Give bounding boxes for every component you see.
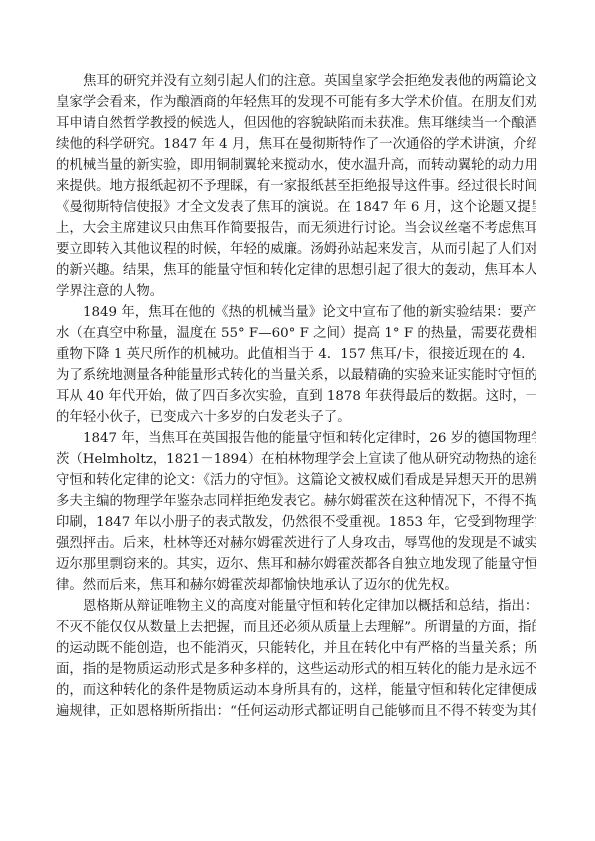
text-line: 皇家学会看来，作为酿酒商的年轻焦耳的发现不可能有多大学术价值。在朋友们劝告下，焦 bbox=[56, 92, 536, 113]
text-line: 的新兴趣。结果，焦耳的能量守恒和转化定律的思想引起了很大的轰动，焦耳本人才成为科 bbox=[56, 260, 536, 281]
document-page: 焦耳的研究并没有立刻引起人们的注意。英国皇家学会拒绝发表他的两篇论文。因为在 皇… bbox=[56, 71, 536, 722]
text-line: 耳申请自然哲学教授的候选人，但因他的容貌缺陷而未获准。焦耳继续当一个酿酒商，并继 bbox=[56, 113, 536, 134]
paragraph-joule-recognition: 焦耳的研究并没有立刻引起人们的注意。英国皇家学会拒绝发表他的两篇论文。因为在 皇… bbox=[56, 71, 536, 302]
text-line: 焦耳的研究并没有立刻引起人们的注意。英国皇家学会拒绝发表他的两篇论文。因为在 bbox=[56, 71, 536, 92]
text-line: 印刷，1847 年以小册子的表式散发，仍然很不受重视。1853 年，它受到物理学… bbox=[56, 512, 536, 533]
text-line: 遍规律，正如恩格斯所指出：“任何运动形式都证明自己能够而且不得不转变为其他任何运 bbox=[56, 701, 536, 722]
text-line: 1849 年，焦耳在他的《热的机械当量》论文中宣布了他的新实验结果：要产生能使 … bbox=[56, 302, 536, 323]
text-line: 多夫主编的物理学年鉴杂志同样拒绝发表它。赫尔姆霍茨在这种情况下，不得不掏腰包自费 bbox=[56, 491, 536, 512]
text-line: 耳从 40 年代开始，做了四百多次实验，直到 1878 年获得最后的数据。这时，… bbox=[56, 386, 536, 407]
paragraph-engels: 恩格斯从辩证唯物主义的高度对能量守恒和转化定律加以概括和总结，指出：“运动的 不… bbox=[56, 596, 536, 722]
text-line: 上，大会主席建议只由焦耳作简要报告，而无须进行讨论。当会议丝毫不考虑焦耳新思想而 bbox=[56, 218, 536, 239]
text-line: 面，指的是物质运动形式是多种多样的，这些运动形式的相互转化的能力是永远不会丧失 bbox=[56, 659, 536, 680]
text-line: 的年轻小伙子，已变成六十多岁的白发老头子了。 bbox=[56, 407, 536, 428]
text-line: 的运动既不能创造，也不能消灭，只能转化，并且在转化中有严格的当量关系；所谓质的方 bbox=[56, 638, 536, 659]
text-line: 水（在真空中称量，温度在 55° F—60° F 之间）提高 1° F 的热量，… bbox=[56, 323, 536, 344]
paragraph-helmholtz: 1847 年，当焦耳在英国报告他的能量守恒和转化定律时，26 岁的德国物理学家赫… bbox=[56, 428, 536, 596]
text-line: 续他的科学研究。1847 年 4 月，焦耳在曼彻斯特作了一次通俗的学术讲演，介绍… bbox=[56, 134, 536, 155]
text-line: 茨（Helmholtz，1821－1894）在柏林物理学会上宣读了他从研究动物热… bbox=[56, 449, 536, 470]
text-line: 律。然而后来，焦耳和赫尔姆霍茨却都愉快地承认了迈尔的优先权。 bbox=[56, 575, 536, 596]
text-line: 《曼彻斯特信使报》才全文发表了焦耳的演说。在 1847 年 6 月，这个论题又提… bbox=[56, 197, 536, 218]
paragraph-mechanical-equivalent: 1849 年，焦耳在他的《热的机械当量》论文中宣布了他的新实验结果：要产生能使 … bbox=[56, 302, 536, 428]
text-line: 恩格斯从辩证唯物主义的高度对能量守恒和转化定律加以概括和总结，指出：“运动的 bbox=[56, 596, 536, 617]
text-line: 的机械当量的新实验，即用铜制翼轮来搅动水，使水温升高，而转动翼轮的动力用砝码下落 bbox=[56, 155, 536, 176]
text-line: 学界注意的人物。 bbox=[56, 281, 536, 302]
text-line: 守恒和转化定律的论文：《活力的守恒》。这篇论文被权威们看成是异想天开的思辨，波根 bbox=[56, 470, 536, 491]
text-line: 来提供。地方报纸起初不予理睬，有一家报纸甚至拒绝报导这件事。经过很长时间的争论， bbox=[56, 176, 536, 197]
text-line: 为了系统地测量各种能量形式转化的当量关系，以最精确的实验来证实能时守恒的论断，焦 bbox=[56, 365, 536, 386]
text-line: 强烈抨击。后来，杜林等还对赫尔姆霍茨进行了人身攻击，辱骂他的发现是不诚实的，是从 bbox=[56, 533, 536, 554]
text-line: 1847 年，当焦耳在英国报告他的能量守恒和转化定律时，26 岁的德国物理学家赫… bbox=[56, 428, 536, 449]
text-line: 不灭不能仅仅从数量上去把握，而且还必须从质量上去理解”。所谓量的方面，指的是物质 bbox=[56, 617, 536, 638]
text-line: 的，而这种转化的条件是物质运动本身所具有的，这样，能量守恒和转化定律便成了一条普 bbox=[56, 680, 536, 701]
text-line: 要立即转入其他议程的时候，年轻的威廉。汤姆孙站起来发言，从而引起了人们对这个理论 bbox=[56, 239, 536, 260]
text-line: 重物下降 1 英尺所作的机械功。此值相当于 4．157 焦耳/卡，很接近现在的 … bbox=[56, 344, 536, 365]
text-line: 迈尔那里剽窃来的。其实，迈尔、焦耳和赫尔姆霍茨都各自独立地发现了能量守恒和转化定 bbox=[56, 554, 536, 575]
